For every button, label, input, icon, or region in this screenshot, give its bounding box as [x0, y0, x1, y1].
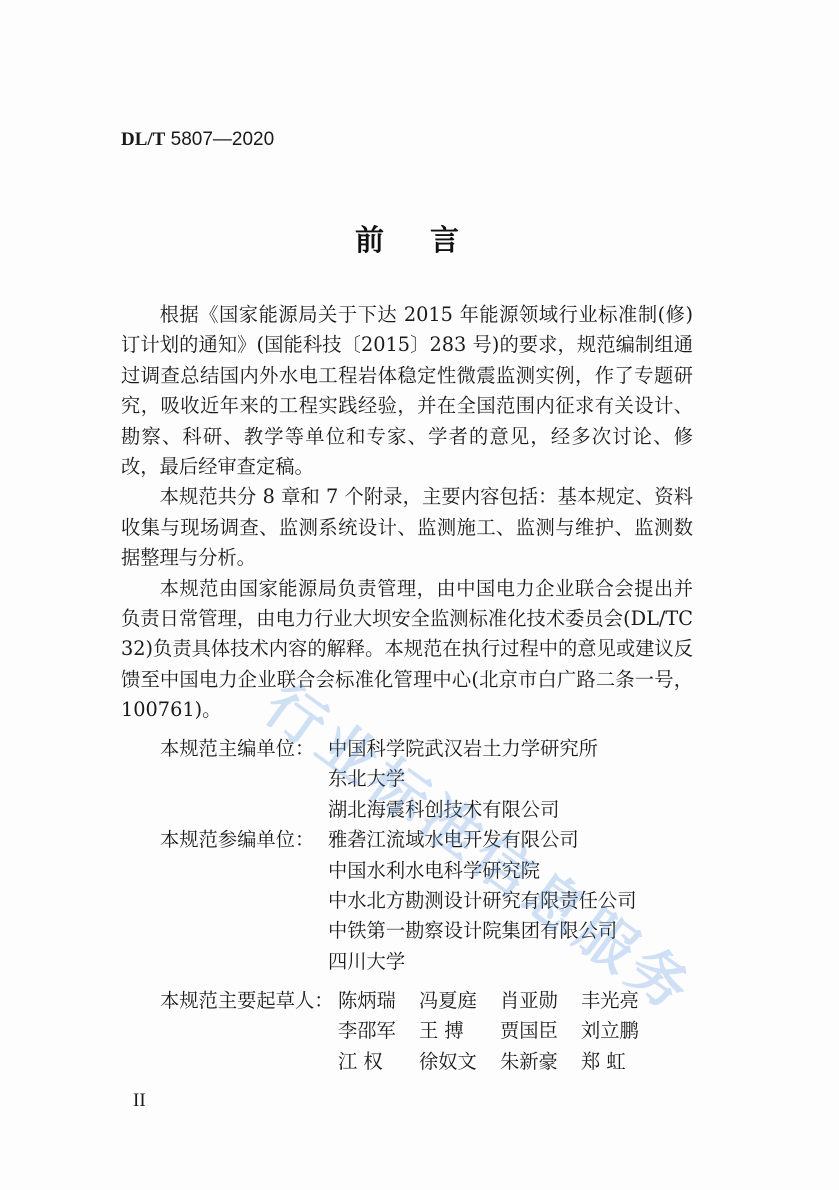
drafter-name: 郑 虹 [581, 1047, 662, 1077]
unit-item: 中铁第一勘察设计院集团有限公司 [328, 916, 637, 946]
unit-item: 中国科学院武汉岩土力学研究所 [328, 734, 598, 764]
drafter-name: 陈炳瑞 [338, 986, 419, 1016]
units-section: 本规范主编单位： 中国科学院武汉岩土力学研究所 东北大学 湖北海震科创技术有限公… [160, 734, 637, 977]
chief-units-list: 中国科学院武汉岩土力学研究所 东北大学 湖北海震科创技术有限公司 [328, 734, 598, 825]
drafter-name: 江 权 [338, 1047, 419, 1077]
standard-code: DL/T 5807—2020 [121, 128, 274, 151]
paragraph-background: 根据《国家能源局关于下达 2015 年能源领域行业标准制(修)订计划的通知》(国… [121, 300, 693, 482]
standard-prefix: DL/T [121, 129, 165, 150]
drafter-name: 王 搏 [419, 1016, 500, 1046]
page-number: II [133, 1090, 146, 1112]
drafters-section: 本规范主要起草人： 陈炳瑞 冯夏庭 肖亚勋 丰光亮 李邵军 王 搏 贾国臣 刘立… [160, 986, 662, 1077]
unit-item: 四川大学 [328, 947, 637, 977]
chief-units-label: 本规范主编单位： [160, 734, 328, 825]
participating-units: 本规范参编单位： 雅砻江流域水电开发有限公司 中国水利水电科学研究院 中水北方勘… [160, 825, 637, 977]
drafter-name: 贾国臣 [500, 1016, 581, 1046]
chief-units: 本规范主编单位： 中国科学院武汉岩土力学研究所 东北大学 湖北海震科创技术有限公… [160, 734, 637, 825]
drafter-name: 丰光亮 [581, 986, 662, 1016]
preface-body: 根据《国家能源局关于下达 2015 年能源领域行业标准制(修)订计划的通知》(国… [121, 300, 693, 726]
paragraph-contents: 本规范共分 8 章和 7 个附录，主要内容包括：基本规定、资料收集与现场调查、监… [121, 482, 693, 573]
drafter-name: 冯夏庭 [419, 986, 500, 1016]
drafter-name: 朱新豪 [500, 1047, 581, 1077]
participating-units-list: 雅砻江流域水电开发有限公司 中国水利水电科学研究院 中水北方勘测设计研究有限责任… [328, 825, 637, 977]
drafters-grid: 陈炳瑞 冯夏庭 肖亚勋 丰光亮 李邵军 王 搏 贾国臣 刘立鹏 江 权 徐奴文 … [338, 986, 662, 1077]
drafter-name: 李邵军 [338, 1016, 419, 1046]
drafters-label: 本规范主要起草人： [160, 986, 338, 1077]
drafter-name: 肖亚勋 [500, 986, 581, 1016]
participating-units-label: 本规范参编单位： [160, 825, 328, 977]
unit-item: 东北大学 [328, 764, 598, 794]
page-title: 前言 [355, 218, 505, 259]
document-page: DL/T 5807—2020 前言 根据《国家能源局关于下达 2015 年能源领… [0, 0, 839, 1190]
drafter-name: 徐奴文 [419, 1047, 500, 1077]
standard-number: 5807—2020 [165, 129, 274, 150]
paragraph-management: 本规范由国家能源局负责管理，由中国电力企业联合会提出并负责日常管理，由电力行业大… [121, 574, 693, 726]
unit-item: 中国水利水电科学研究院 [328, 856, 637, 886]
unit-item: 雅砻江流域水电开发有限公司 [328, 825, 637, 855]
unit-item: 湖北海震科创技术有限公司 [328, 795, 598, 825]
unit-item: 中水北方勘测设计研究有限责任公司 [328, 886, 637, 916]
drafter-name: 刘立鹏 [581, 1016, 662, 1046]
